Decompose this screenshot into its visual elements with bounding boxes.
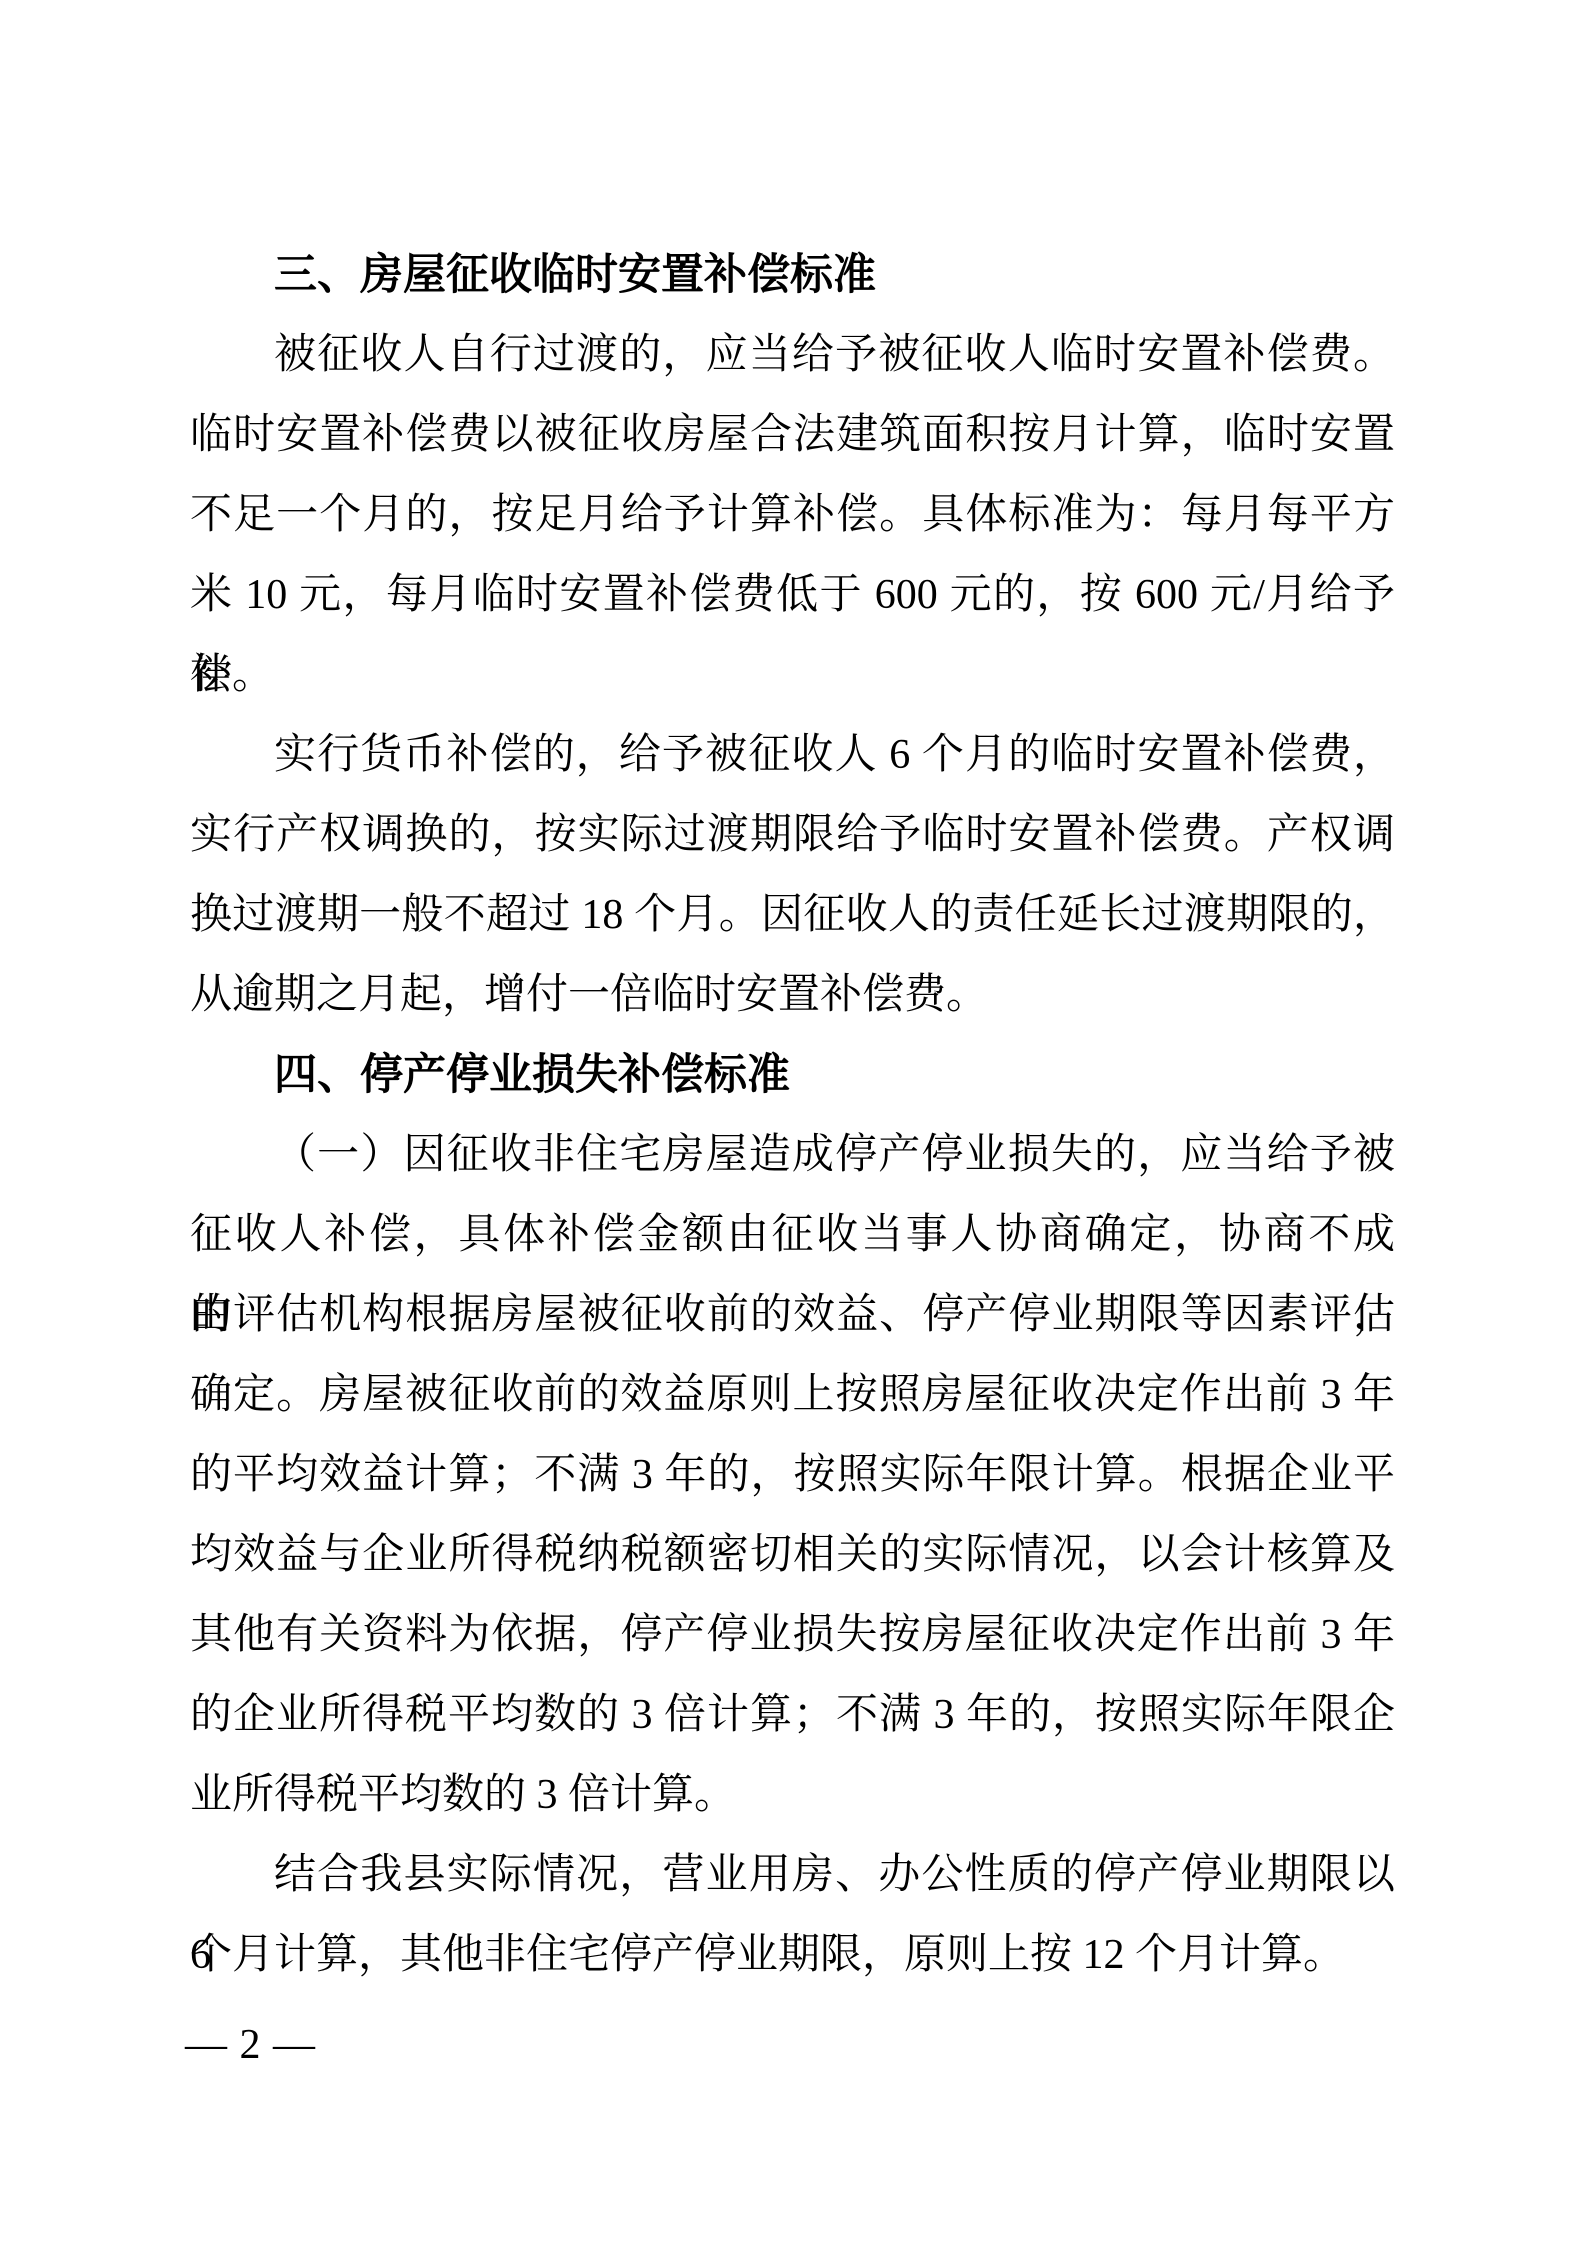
paragraph2-line4: 从逾期之月起，增付一倍临时安置补偿费。 [190, 955, 1395, 1035]
paragraph1-line5: 偿。 [190, 635, 1395, 715]
paragraph3-line6: 均效益与企业所得税纳税额密切相关的实际情况，以会计核算及 [190, 1515, 1395, 1595]
paragraph1-line2: 临时安置补偿费以被征收房屋合法建筑面积按月计算，临时安置 [190, 395, 1395, 475]
paragraph2-line1: 实行货币补偿的，给予被征收人 6 个月的临时安置补偿费， [190, 715, 1395, 795]
paragraph2-line2: 实行产权调换的，按实际过渡期限给予临时安置补偿费。产权调 [190, 795, 1395, 875]
section-heading-business-loss: 四、停产停业损失补偿标准 [190, 1035, 1395, 1115]
paragraph3-line4: 确定。房屋被征收前的效益原则上按照房屋征收决定作出前 3 年 [190, 1355, 1395, 1435]
section-heading-temporary-resettlement: 三、房屋征收临时安置补偿标准 [190, 235, 1395, 315]
paragraph3-line7: 其他有关资料为依据，停产停业损失按房屋征收决定作出前 3 年 [190, 1595, 1395, 1675]
paragraph3-line1: （一）因征收非住宅房屋造成停产停业损失的，应当给予被 [190, 1115, 1395, 1195]
paragraph3-line9: 业所得税平均数的 3 倍计算。 [190, 1755, 1395, 1835]
paragraph3-line2: 征收人补偿，具体补偿金额由征收当事人协商确定，协商不成的， [190, 1195, 1395, 1275]
paragraph3-line8: 的企业所得税平均数的 3 倍计算；不满 3 年的，按照实际年限企 [190, 1675, 1395, 1755]
document-page: 三、房屋征收临时安置补偿标准 被征收人自行过渡的，应当给予被征收人临时安置补偿费… [0, 0, 1587, 2245]
paragraph4-line1: 结合我县实际情况，营业用房、办公性质的停产停业期限以 6 [190, 1835, 1395, 1915]
paragraph4-line2: 个月计算，其他非住宅停产停业期限，原则上按 12 个月计算。 [190, 1915, 1395, 1995]
page-number: — 2 — [185, 2020, 316, 2070]
paragraph1-line3: 不足一个月的，按足月给予计算补偿。具体标准为：每月每平方 [190, 475, 1395, 555]
paragraph1-line4: 米 10 元，每月临时安置补偿费低于 600 元的，按 600 元/月给予补 [190, 555, 1395, 635]
paragraph3-line3: 由评估机构根据房屋被征收前的效益、停产停业期限等因素评估 [190, 1275, 1395, 1355]
document-body: 三、房屋征收临时安置补偿标准 被征收人自行过渡的，应当给予被征收人临时安置补偿费… [190, 235, 1395, 1995]
paragraph3-line5: 的平均效益计算；不满 3 年的，按照实际年限计算。根据企业平 [190, 1435, 1395, 1515]
paragraph2-line3: 换过渡期一般不超过 18 个月。因征收人的责任延长过渡期限的， [190, 875, 1395, 955]
paragraph1-line1: 被征收人自行过渡的，应当给予被征收人临时安置补偿费。 [190, 315, 1395, 395]
